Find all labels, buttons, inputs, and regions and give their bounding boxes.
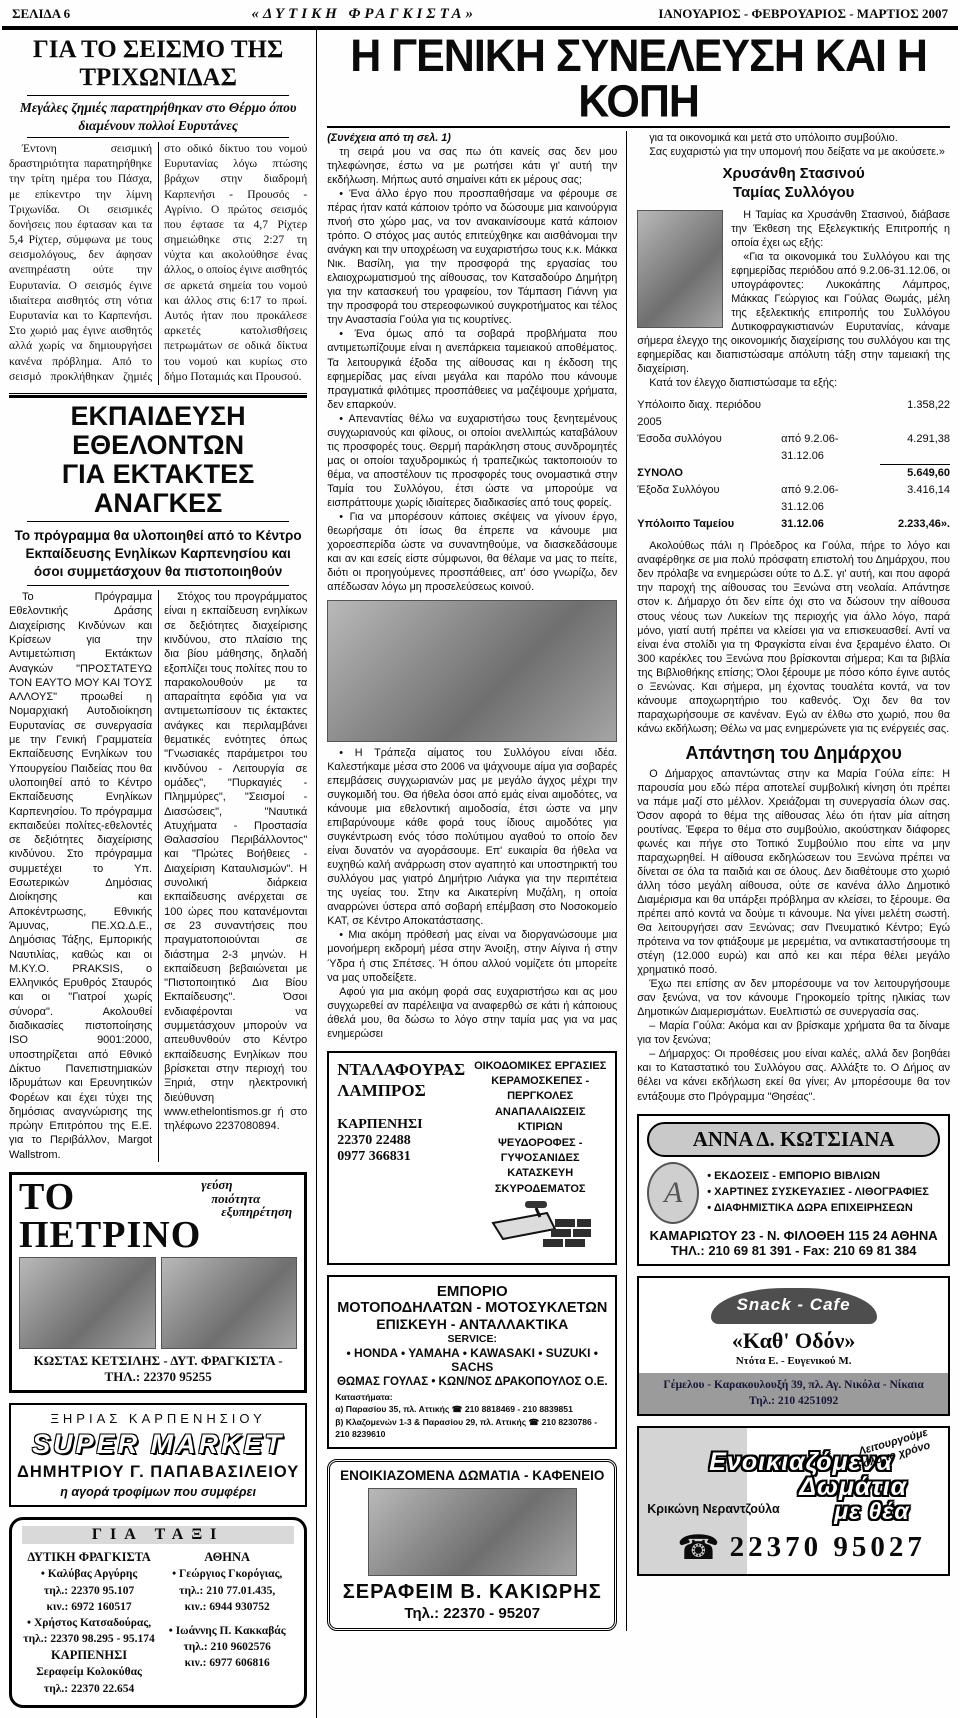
ad-kakioris-rooms: ΕΝΟΙΚΙΑΖΟΜΕΝΑ ΔΩΜΑΤΙΑ - ΚΑΦΕΝΕΙΟ ΣΕΡΑΦΕΙ… <box>327 1459 617 1631</box>
tagline-word: ποιότητα <box>201 1192 297 1206</box>
cafe-phone: Τηλ.: 210 4251092 <box>641 1393 946 1409</box>
main-column-1: (Συνέχεια από τη σελ. 1) τη σειρά μου να… <box>327 131 627 1631</box>
ad-petrino-tavern: ΤΟ ΠΕΤΡΙΝΟ γεύση ποιότητα εξυπηρέτηση ΚΩ… <box>9 1172 307 1393</box>
service-line: ΨΕΥΔΟΡΟΦΕΣ - ΓΥΨΟΣΑΝΙΔΕΣ <box>473 1136 607 1167</box>
page-number-label: ΣΕΛΙΔΑ 6 <box>12 6 70 22</box>
taxi-driver: Σεραφείμ Κολοκύθας <box>20 1664 158 1680</box>
paragraph: Σας ευχαριστώ για την υπομονή που δείξατ… <box>637 145 950 159</box>
ad-kotsiana-publishing: ΑΝΝΑ Δ. ΚΩΤΣΙΑΝΑ A • ΕΚΔΟΣΕΙΣ - ΕΜΠΟΡΙΟ … <box>637 1114 950 1266</box>
ad-ntalafouras-construction: ΝΤΑΛΑΦΟΥΡΑΣ ΛΑΜΠΡΟΣ ΚΑΡΠΕΝΗΣΙ 22370 2248… <box>327 1051 617 1265</box>
paragraph: Κατά τον έλεγχο διαπιστώσαμε τα εξής: <box>637 376 950 390</box>
cafe-contact: Γέμελου - Καρακουλουξή 39, πλ. Αγ. Νικόλ… <box>639 1373 948 1414</box>
tagline-word: γεύση <box>201 1178 297 1192</box>
article-title: ΓΙΑ ΤΟ ΣΕΙΣΜΟ ΤΗΣ ΤΡΙΧΩΝΙΔΑΣ <box>9 36 307 92</box>
main-column-2: για τα οικονομικά και μετά στο υπόλοιπο … <box>627 131 950 1631</box>
advertiser-phone: 22370 22488 <box>337 1133 465 1149</box>
ad-rooms-with-view: Λειτουργούμε όλο το χρόνο Ενοικιαζόμενα … <box>637 1426 950 1576</box>
section-divider <box>9 393 307 398</box>
advertiser-name: ΝΤΑΛΑΦΟΥΡΑΣ ΛΑΜΠΡΟΣ <box>337 1059 465 1102</box>
tavern-interior-photo-1 <box>19 1257 156 1349</box>
taxi-column-fragista: ΔΥΤΙΚΗ ΦΡΑΓΚΙΣΤΑ • Καλύβας Αργύρης τηλ.:… <box>20 1549 158 1697</box>
paragraph: Στόχος του προγράμματος είναι η εκπαίδευ… <box>164 590 307 1133</box>
row-amount: 2.233,46». <box>880 516 950 533</box>
row-label: ΣΥΝΟΛΟ <box>637 465 781 482</box>
guesthouse-photo <box>368 1488 577 1576</box>
row-amount: 4.291,38 <box>880 431 950 465</box>
service-line: ΚΕΡΑΜΟΣΚΕΠΕΣ - ΠΕΡΓΚΟΛΕΣ <box>473 1074 607 1105</box>
service-bullets: • ΕΚΔΟΣΕΙΣ - ΕΜΠΟΡΙΟ ΒΙΒΛΙΩΝ • ΧΑΡΤΙΝΕΣ … <box>707 1169 940 1217</box>
article-subtitle: Το πρόγραμμα θα υλοποιηθεί από το Κέντρο… <box>13 527 303 580</box>
store-address: α) Παρασίου 35, πλ. Αττικής ☎ 210 881846… <box>335 1403 609 1415</box>
rule <box>27 137 289 138</box>
continued-note: (Συνέχεια από τη σελ. 1) <box>327 131 617 145</box>
advertiser-name: Κρικώνη Νεραντζούλα <box>647 1502 779 1516</box>
service-line: ΑΝΑΠΑΛΑΙΩΣΕΙΣ ΚΤΙΡΙΩΝ <box>473 1105 607 1136</box>
treasurer-name: Χρυσάνθη Στασινού <box>637 165 950 184</box>
financial-table: Υπόλοιπο διαχ. περιόδου 2005 1.358,22 Έσ… <box>637 397 950 533</box>
table-row: Υπόλοιπο διαχ. περιόδου 2005 1.358,22 <box>637 397 950 431</box>
ad-line: ΕΠΙΣΚΕΥΗ - ΑΝΤΑΛΛΑΚΤΙΚΑ <box>335 1316 609 1332</box>
paragraph: • Ένα όμως από τα σοβαρά προβλήματα που … <box>327 327 617 411</box>
mayor-reply-subhead: Απάντηση του Δημάρχου <box>637 743 950 764</box>
cafe-owners: Ντότα Ε. - Ευγενικού Μ. <box>639 1355 948 1367</box>
ad-motorcycle-shop: ΕΜΠΟΡΙΟ ΜΟΤΟΠΟΔΗΛΑΤΩΝ - ΜΟΤΟΣΥΚΛΕΤΩΝ ΕΠΙ… <box>327 1275 617 1450</box>
article-subtitle: Μεγάλες ζημιές παρατηρήθηκαν στο Θέρμο ό… <box>17 99 299 134</box>
brand-list: • HONDA • YAMAHA • KAWASAKI • SUZUKI • S… <box>335 1346 609 1374</box>
advertiser-name: ΣΕΡΑΦΕΙΜ Β. ΚΑΚΙΩΡΗΣ <box>338 1581 606 1604</box>
advertiser-phone: 0977 366831 <box>337 1149 465 1165</box>
ad-supermarket: ΞΗΡΙΑΣ ΚΑΡΠΕΝΗΣΙΟΥ SUPER MARKET ΔΗΜΗΤΡΙΟ… <box>9 1403 307 1507</box>
treasurer-subhead: Χρυσάνθη Στασινού Ταμίας Συλλόγου <box>637 165 950 203</box>
service-line: • ΔΙΑΦΗΜΙΣΤΙΚΑ ΔΩΡΑ ΕΠΙΧΕΙΡΗΣΕΩΝ <box>707 1201 940 1217</box>
owners-line: ΘΩΜΑΣ ΓΟΥΛΑΣ • ΚΩΝ/ΝΟΣ ΔΡΑΚΟΠΟΥΛΟΣ Ο.Ε. <box>335 1376 609 1388</box>
ad-line: ΜΟΤΟΠΟΔΗΛΑΤΩΝ - ΜΟΤΟΣΥΚΛΕΤΩΝ <box>335 1300 609 1316</box>
name-line: ΝΤΑΛΑΦΟΥΡΑΣ <box>337 1059 465 1080</box>
ad-header: ΕΝΟΙΚΙΑΖΟΜΕΝΑ ΔΩΜΑΤΙΑ - ΚΑΦΕΝΕΙΟ <box>338 1468 606 1483</box>
stores-label: Καταστήματα: <box>335 1391 609 1403</box>
taxi-driver: • Γεώργιος Γκορόγιας, <box>158 1566 296 1582</box>
tavern-contact: ΚΩΣΤΑΣ ΚΕΤΣΙΛΗΣ - ΔΥΤ. ΦΡΑΓΚΙΣΤΑ - ΤΗΛ.:… <box>19 1353 297 1385</box>
row-amount: 5.649,60 <box>880 465 950 482</box>
taxi-driver: • Χρήστος Κατσαδούρας, <box>20 1615 158 1631</box>
taxi-column-athens: ΑΘΗΝΑ • Γεώργιος Γκορόγιας, τηλ.: 210 77… <box>158 1549 296 1697</box>
row-amount: 3.416,14 <box>880 482 950 516</box>
paragraph: Αφού για μια ακόμη φορά σας ευχαριστήσω … <box>327 985 617 1041</box>
trowel-bricks-illustration <box>473 1199 607 1256</box>
masthead: ΣΕΛΙΔΑ 6 «ΔΥΤΙΚΗ ΦΡΑΓΚΙΣΤΑ» ΙΑΝΟΥΑΡΙΟΣ -… <box>0 0 960 26</box>
table-row: Έσοδα συλλόγου από 9.2.06-31.12.06 4.291… <box>637 431 950 465</box>
main-area: Η ΓΕΝΙΚΗ ΣΥΝΕΛΕΥΣΗ ΚΑΙ Η ΚΟΠΗ (Συνέχεια … <box>317 30 960 1718</box>
cafe-type-banner: Snack - Cafe <box>711 1288 877 1324</box>
ad-taxi-listing: ΓΙΑ ΤΑΞΙ ΔΥΤΙΚΗ ΦΡΑΓΚΙΣΤΑ • Καλύβας Αργύ… <box>9 1517 307 1708</box>
tagline-word: εξυπηρέτηση <box>201 1205 297 1219</box>
tavern-tagline: γεύση ποιότητα εξυπηρέτηση <box>201 1178 297 1219</box>
row-period <box>781 397 880 431</box>
monogram-logo: A <box>647 1162 699 1224</box>
service-line: • ΧΑΡΤΙΝΕΣ ΣΥΣΚΕΥΑΣΙΕΣ - ΛΙΘΟΓΡΑΦΙΕΣ <box>707 1185 940 1201</box>
name-line: ΛΑΜΠΡΟΣ <box>337 1080 465 1101</box>
rule <box>27 521 289 522</box>
paragraph: Το Πρόγραμμα Εθελοντικής Δράσης Διαχείρι… <box>9 590 152 1162</box>
taxi-driver: • Ιωάννης Π. Κακκαβάς <box>158 1623 296 1639</box>
paragraph: • Για να μπορέσουν κάποιες σκέψεις να γί… <box>327 510 617 594</box>
row-label: Υπόλοιπο Ταμείου <box>637 516 781 533</box>
advertiser-name: ΑΝΝΑ Δ. ΚΩΤΣΙΑΝΑ <box>647 1122 940 1157</box>
advertiser-address: ΚΑΜΑΡΙΩΤΟΥ 23 - Ν. ΦΙΛΟΘΕΗ 115 24 ΑΘΗΝΑ <box>647 1228 940 1243</box>
service-label: SERVICE: <box>335 1333 609 1345</box>
advertiser-city: ΚΑΡΠΕΝΗΣΙ <box>337 1117 465 1133</box>
taxi-phone: τηλ.: 210 77.01.435, <box>158 1583 296 1599</box>
taxi-phone: τηλ.: 210 9602576 <box>158 1639 296 1655</box>
store-address: β) Κλαζομενών 1-3 & Παρασίου 29, πλ. Αττ… <box>335 1416 609 1441</box>
rule <box>27 95 289 96</box>
main-headline: Η ΓΕΝΙΚΗ ΣΥΝΕΛΕΥΣΗ ΚΑΙ Η ΚΟΠΗ <box>327 34 950 125</box>
issue-date: ΙΑΝΟΥΑΡΙΟΣ - ΦΕΒΡΟΥΑΡΙΟΣ - ΜΑΡΤΙΟΣ 2007 <box>658 6 948 22</box>
taxi-phone: κιν.: 6944 930752 <box>158 1599 296 1615</box>
rule <box>27 585 289 586</box>
assembly-photo <box>327 600 617 742</box>
article-title: ΕΚΠΑΙΔΕΥΣΗ ΕΘΕΛΟΝΤΩΝ ΓΙΑ ΕΚΤΑΚΤΕΣ ΑΝΑΓΚΕ… <box>9 402 307 519</box>
volunteers-article: ΕΚΠΑΙΔΕΥΣΗ ΕΘΕΛΟΝΤΩΝ ΓΙΑ ΕΚΤΑΚΤΕΣ ΑΝΑΓΚΕ… <box>9 402 307 1162</box>
taxi-driver: • Καλύβας Αργύρης <box>20 1566 158 1582</box>
row-label: Έσοδα συλλόγου <box>637 431 781 465</box>
paragraph: για τα οικονομικά και μετά στο υπόλοιπο … <box>637 131 950 145</box>
tavern-interior-photo-2 <box>161 1257 298 1349</box>
tavern-name: ΤΟ ΠΕΤΡΙΝΟ <box>19 1178 201 1254</box>
rooms-title-line: με θέα <box>834 1498 938 1525</box>
taxi-phone: κιν.: 6977 606816 <box>158 1655 296 1671</box>
table-row-balance: Υπόλοιπο Ταμείου 31.12.06 2.233,46». <box>637 516 950 533</box>
paragraph: • Ένα άλλο έργο που προσπαθήσαμε να φέρο… <box>327 187 617 327</box>
supermarket-owner: ΔΗΜΗΤΡΙΟΥ Γ. ΠΑΠΑΒΑΣΙΛΕΙΟΥ <box>15 1463 301 1482</box>
telephone-icon: ☎ <box>677 1531 719 1565</box>
row-period: από 9.2.06-31.12.06 <box>781 431 880 465</box>
article-body: Το Πρόγραμμα Εθελοντικής Δράσης Διαχείρι… <box>9 590 307 1162</box>
earthquake-article: ΓΙΑ ΤΟ ΣΕΙΣΜΟ ΤΗΣ ΤΡΙΧΩΝΙΔΑΣ Μεγάλες ζημ… <box>9 36 307 385</box>
supermarket-region: ΞΗΡΙΑΣ ΚΑΡΠΕΝΗΣΙΟΥ <box>15 1411 301 1426</box>
row-period <box>781 465 880 482</box>
treasurer-role: Ταμίας Συλλόγου <box>637 184 950 203</box>
row-period: 31.12.06 <box>781 516 880 533</box>
paragraph: • Απεναντίας θέλω να ευχαριστήσω τους ξε… <box>327 412 617 510</box>
taxi-region: ΚΑΡΠΕΝΗΣΙ <box>20 1647 158 1665</box>
cafe-name: «Καθ' Οδόν» <box>639 1328 948 1354</box>
table-row-total: ΣΥΝΟΛΟ 5.649,60 <box>637 465 950 482</box>
taxi-region: ΔΥΤΙΚΗ ΦΡΑΓΚΙΣΤΑ <box>20 1549 158 1567</box>
taxi-title: ΓΙΑ ΤΑΞΙ <box>22 1526 294 1544</box>
advertiser-phone: Τηλ.: 22370 - 95207 <box>338 1605 606 1622</box>
paragraph: – Δήμαρχος: Οι προθέσεις μου είναι καλές… <box>637 1047 950 1103</box>
taxi-phone: τηλ.: 22370 95.107 <box>20 1583 158 1599</box>
taxi-phone: κιν.: 6972 160517 <box>20 1599 158 1615</box>
paragraph: Ακολούθως πάλι η Πρόεδρος κα Γούλα, πήρε… <box>637 539 950 735</box>
row-amount: 1.358,22 <box>880 397 950 431</box>
paragraph: • Η Τράπεζα αίματος του Συλλόγου είναι ι… <box>327 746 617 928</box>
service-line: • ΕΚΔΟΣΕΙΣ - ΕΜΠΟΡΙΟ ΒΙΒΛΙΩΝ <box>707 1169 940 1185</box>
newspaper-title: «ΔΥΤΙΚΗ ΦΡΑΓΚΙΣΤΑ» <box>251 6 477 23</box>
newspaper-page: ΣΕΛΙΔΑ 6 «ΔΥΤΙΚΗ ΦΡΑΓΚΙΣΤΑ» ΙΑΝΟΥΑΡΙΟΣ -… <box>0 0 960 1718</box>
taxi-phone: τηλ.: 22370 22.654 <box>20 1681 158 1697</box>
left-column: ΓΙΑ ΤΟ ΣΕΙΣΜΟ ΤΗΣ ΤΡΙΧΩΝΙΔΑΣ Μεγάλες ζημ… <box>0 30 317 1718</box>
ad-snack-cafe: Snack - Cafe «Καθ' Οδόν» Ντότα Ε. - Ευγε… <box>637 1276 950 1416</box>
table-row: Έξοδα Συλλόγου από 9.2.06-31.12.06 3.416… <box>637 482 950 516</box>
title-line: ΕΚΠΑΙΔΕΥΣΗ ΕΘΕΛΟΝΤΩΝ <box>9 402 307 460</box>
service-line: ΟΙΚΟΔΟΜΙΚΕΣ ΕΡΓΑΣΙΕΣ <box>473 1059 607 1074</box>
paragraph: Έχω πει επίσης αν δεν μπορέσουμε να τον … <box>637 977 950 1019</box>
paragraph: • Μια ακόμη πρόθεσή μας είναι να διοργαν… <box>327 928 617 984</box>
cafe-address: Γέμελου - Καρακουλουξή 39, πλ. Αγ. Νικόλ… <box>641 1377 946 1393</box>
row-label: Υπόλοιπο διαχ. περιόδου 2005 <box>637 397 781 431</box>
row-period: από 9.2.06-31.12.06 <box>781 482 880 516</box>
paragraph: τη σειρά μου να σας πω ότι κανείς σας δε… <box>327 145 617 187</box>
paragraph: Έντονη σεισμική δραστηριότητα παρατηρήθη… <box>9 142 307 385</box>
ad-line: ΕΜΠΟΡΙΟ <box>335 1283 609 1300</box>
advertiser-phone: ΤΗΛ.: 210 69 81 391 - Fax: 210 69 81 384 <box>647 1243 940 1258</box>
title-line: ΓΙΑ ΕΚΤΑΚΤΕΣ ΑΝΑΓΚΕΣ <box>9 460 307 518</box>
supermarket-tagline: η αγορά τροφίμων που συμφέρει <box>15 1485 301 1499</box>
row-label: Έξοδα Συλλόγου <box>637 482 781 516</box>
taxi-phone: τηλ.: 22370 98.295 - 95.174 <box>20 1631 158 1647</box>
paragraph: – Μαρία Γούλα: Ακόμα και αν βρίσκαμε χρή… <box>637 1019 950 1047</box>
advertiser-phone: 22370 95027 <box>730 1531 926 1564</box>
taxi-region: ΑΘΗΝΑ <box>158 1549 296 1567</box>
service-line: ΚΑΤΑΣΚΕΥΗ ΣΚΥΡΟΔΕΜΑΤΟΣ <box>473 1166 607 1197</box>
article-body: Έντονη σεισμική δραστηριότητα παρατηρήθη… <box>9 142 307 385</box>
treasurer-portrait-photo <box>637 210 723 328</box>
paragraph: Ο Δήμαρχος απαντώντας στην κα Μαρία Γούλ… <box>637 767 950 977</box>
supermarket-logo: SUPER MARKET <box>15 1429 301 1460</box>
